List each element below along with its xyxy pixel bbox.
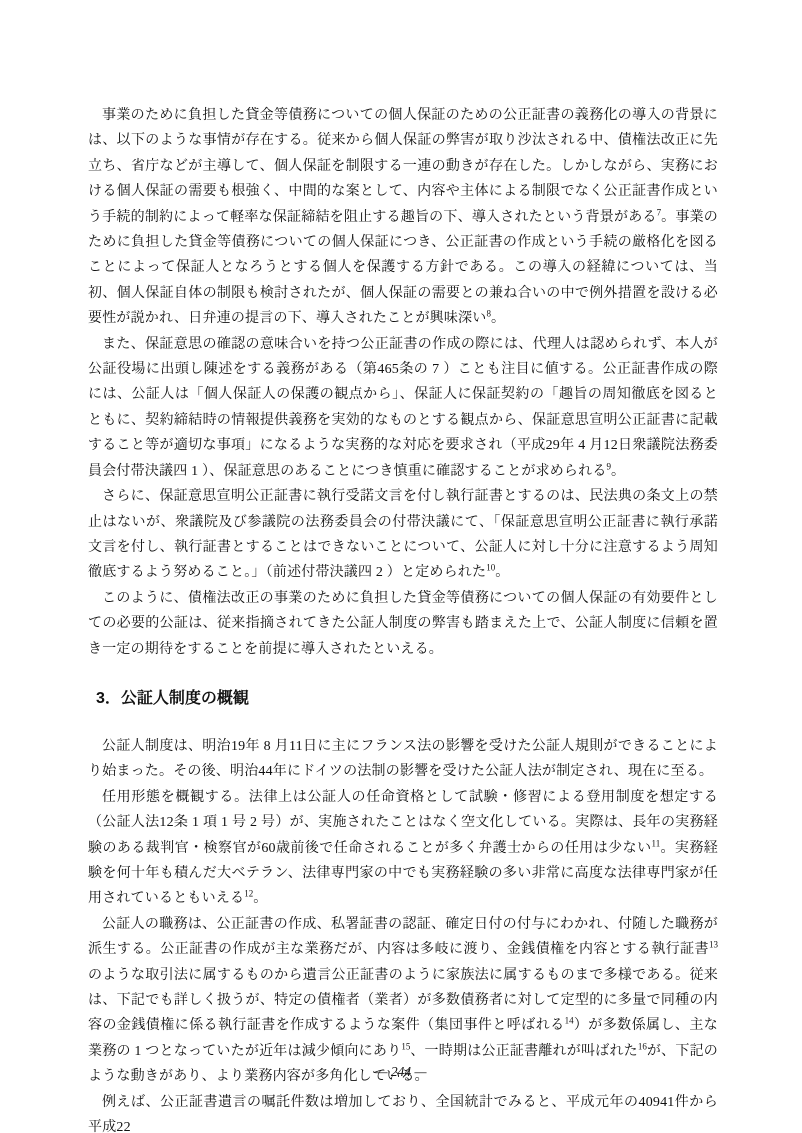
footnote-ref: 12 xyxy=(244,889,253,899)
footnote-ref: 11 xyxy=(652,838,661,848)
footnote-ref: 8 xyxy=(486,309,491,319)
footnote-ref: 9 xyxy=(607,461,612,471)
footnote-ref: 14 xyxy=(565,1016,574,1026)
footnote-ref: 13 xyxy=(709,940,718,950)
paragraph: また、保証意思の確認の意味合いを持つ公正証書の作成の際には、代理人は認められず、… xyxy=(88,332,718,484)
footnote-ref: 16 xyxy=(638,1041,647,1051)
paragraph: 公証人制度は、明治19年 8 月11日に主にフランス法の影響を受けた公証人規則が… xyxy=(88,734,718,785)
footnote-ref: 10 xyxy=(486,563,495,573)
page-footer: — 244 — xyxy=(0,1063,802,1081)
document-page: 事業のために負担した貸金等債務についての個人保証のための公正証書の義務化の導入の… xyxy=(0,0,802,1133)
article-body: 事業のために負担した貸金等債務についての個人保証のための公正証書の義務化の導入の… xyxy=(88,103,718,1133)
footnote-ref: 7 xyxy=(657,207,662,217)
section-heading: 3．公証人制度の概観 xyxy=(96,686,718,712)
paragraph: 例えば、公正証書遺言の嘱託件数は増加しており、全国統計でみると、平成元年の409… xyxy=(88,1090,718,1133)
paragraph: さらに、保証意思宣明公正証書に執行受諾文言を付し執行証書とするのは、民法典の条文… xyxy=(88,484,718,586)
paragraph: 任用形態を概観する。法律上は公証人の任命資格として試験・修習による登用制度を想定… xyxy=(88,785,718,912)
paragraph: 事業のために負担した貸金等債務についての個人保証のための公正証書の義務化の導入の… xyxy=(88,103,718,332)
page-number: — 244 — xyxy=(375,1064,426,1079)
footnote-ref: 15 xyxy=(401,1041,410,1051)
paragraph: このように、債権法改正の事業のために負担した貸金等債務についての個人保証の有効要… xyxy=(88,586,718,662)
